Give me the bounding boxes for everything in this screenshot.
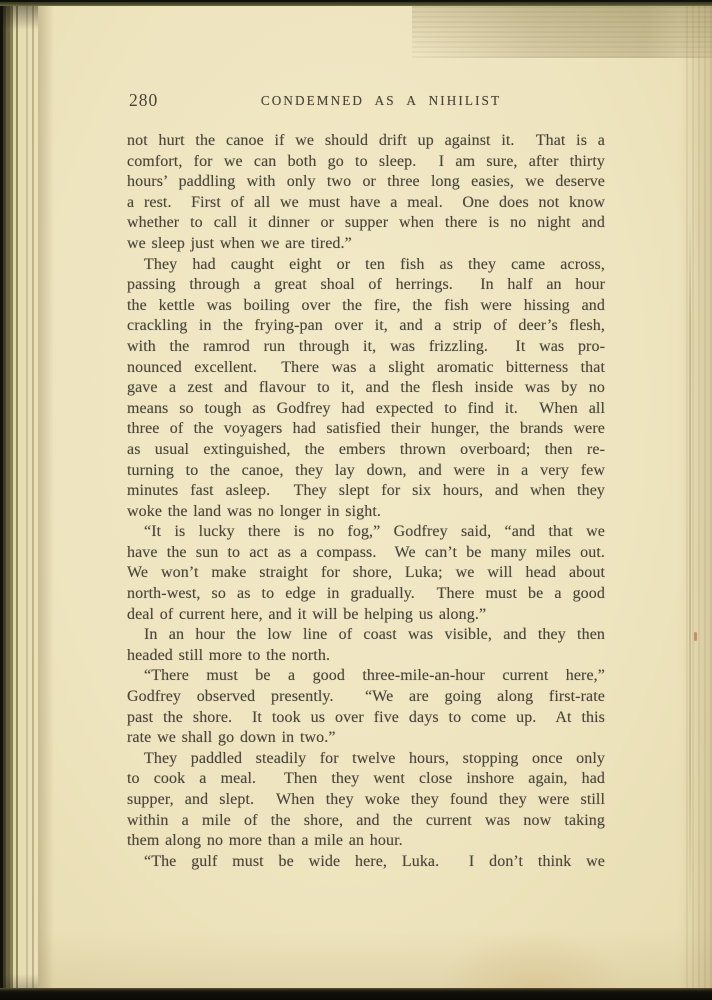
paragraph: “It is lucky there is no fog,” Godfrey s… [127, 522, 605, 625]
text-line: crackling in the frying-pan over it, and… [127, 316, 605, 337]
text-line: “The gulf must be wide here, Luka. I don… [127, 852, 605, 873]
text-line: north-west, so as to edge in gradually. … [127, 584, 605, 605]
text-line: we sleep just when we are tired.” [127, 234, 605, 255]
running-title: CONDEMNED AS A NIHILIST [261, 93, 501, 109]
page-curl-shading [412, 6, 712, 58]
paragraph: They had caught eight or ten fish as the… [127, 255, 605, 523]
text-line: have the sun to act as a compass. We can… [127, 543, 605, 564]
running-header: 280 CONDEMNED AS A NIHILIST [127, 90, 605, 114]
text-line: within a mile of the shore, and the curr… [127, 811, 605, 832]
text-line: hours’ paddling with only two or three l… [127, 172, 605, 193]
page-number: 280 [129, 90, 158, 111]
text-line: means so tough as Godfrey had expected t… [127, 399, 605, 420]
text-line: They paddled steadily for twelve hours, … [127, 749, 605, 770]
paragraph: not hurt the canoe if we should drift up… [127, 131, 605, 255]
paragraph: They paddled steadily for twelve hours, … [127, 749, 605, 852]
text-line: “There must be a good three-mile-an-hour… [127, 666, 605, 687]
text-line: supper, and slept. When they woke they f… [127, 790, 605, 811]
text-line: minutes fast asleep. They slept for six … [127, 481, 605, 502]
text-line: In an hour the low line of coast was vis… [127, 625, 605, 646]
text-line: nounced excellent. There was a slight ar… [127, 358, 605, 379]
book-scan: 280 CONDEMNED AS A NIHILIST not hurt the… [0, 0, 712, 1000]
text-line: to cook a meal. Then they went close ins… [127, 769, 605, 790]
book-binding-edge [0, 0, 40, 1000]
text-line: a rest. First of all we must have a meal… [127, 193, 605, 214]
text-line: We won’t make straight for shore, Luka; … [127, 563, 605, 584]
text-line: three of the voyagers had satisfied thei… [127, 419, 605, 440]
text-line: Godfrey observed presently. “We are goin… [127, 687, 605, 708]
paragraph: “There must be a good three-mile-an-hour… [127, 666, 605, 748]
scan-blemish-mark [694, 632, 697, 641]
text-line: past the shore. It took us over five day… [127, 708, 605, 729]
text-line: not hurt the canoe if we should drift up… [127, 131, 605, 152]
text-line: the kettle was boiling over the fire, th… [127, 296, 605, 317]
text-line: as usual extinguished, the embers thrown… [127, 440, 605, 461]
scan-top-edge [0, 0, 712, 6]
text-line: them along no more than a mile an hour. [127, 831, 605, 852]
text-line: woke the land was no longer in sight. [127, 502, 605, 523]
book-page: 280 CONDEMNED AS A NIHILIST not hurt the… [38, 6, 712, 989]
text-line: rate we shall go down in two.” [127, 728, 605, 749]
paper-stain [438, 929, 628, 989]
body-text: not hurt the canoe if we should drift up… [127, 131, 605, 872]
text-line: whether to call it dinner or supper when… [127, 213, 605, 234]
text-line: passing through a great shoal of herring… [127, 275, 605, 296]
text-line: deal of current here, and it will be hel… [127, 605, 605, 626]
text-line: headed still more to the north. [127, 646, 605, 667]
scan-bottom-edge [0, 988, 712, 1000]
text-line: comfort, for we can both go to sleep. I … [127, 152, 605, 173]
paragraph: In an hour the low line of coast was vis… [127, 625, 605, 666]
text-line: with the ramrod run through it, was friz… [127, 337, 605, 358]
paragraph: “The gulf must be wide here, Luka. I don… [127, 852, 605, 873]
text-line: “It is lucky there is no fog,” Godfrey s… [127, 522, 605, 543]
page-crease [689, 216, 691, 919]
text-line: gave a zest and flavour to it, and the f… [127, 378, 605, 399]
text-line: turning to the canoe, they lay down, and… [127, 461, 605, 482]
text-line: They had caught eight or ten fish as the… [127, 255, 605, 276]
